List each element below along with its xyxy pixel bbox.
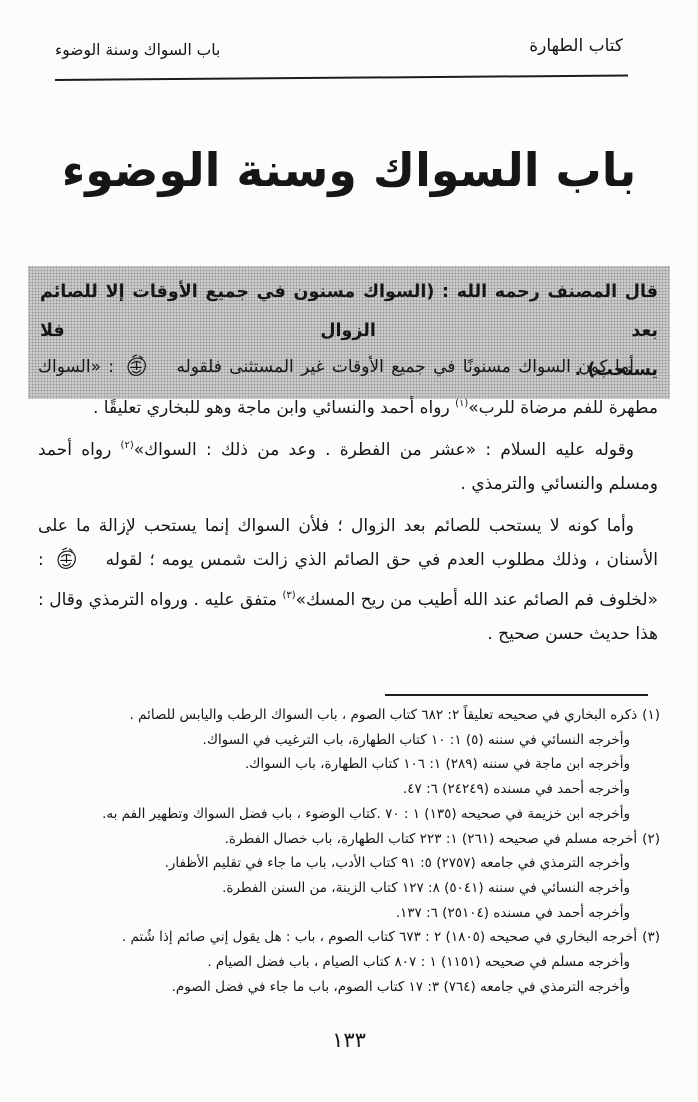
footnote-line: وأخرجه الترمذي في جامعه (٢٧٥٧) ٥: ٩١ كتا… <box>20 851 660 876</box>
footnote-text: ذكره البخاري في صحيحه تعليقاً ٢: ٦٨٢ كتا… <box>130 707 638 723</box>
footnote-text: وأخرجه مسلم في صحيحه (١١٥١) ١ : ٨٠٧ كتاب… <box>207 954 630 970</box>
footnote-text: أخرجه مسلم في صحيحه (٢٦١) ١: ٢٢٣ كتاب ال… <box>225 831 638 847</box>
footnote-line: (١)ذكره البخاري في صحيحه تعليقاً ٢: ٦٨٢ … <box>20 703 660 728</box>
header-chapter-title: باب السواك وسنة الوضوء <box>55 41 220 59</box>
pbuh-symbol-icon <box>124 354 173 392</box>
footnote-line: (٣)أخرجه البخاري في صحيحه (١٨٠٥) ٢ : ٦٧٣… <box>20 925 660 950</box>
paragraph-text: رواه أحمد والنسائي وابن ماجة وهو للبخاري… <box>93 398 455 418</box>
pbuh-symbol-icon <box>54 547 103 585</box>
footnote-line: وأخرجه ابن خزيمة في صحيحه (١٣٥) ١ : ٧٠ .… <box>20 802 660 827</box>
footnote-marker: (١) <box>642 707 660 723</box>
footnote-text: وأخرجه أحمد في مسنده (٢٤٢٤٩) ٦: ٤٧. <box>403 781 630 797</box>
footnote-line: وأخرجه ابن ماجة في سننه (٢٨٩) ١: ١٠٦ كتا… <box>20 752 660 777</box>
footnote-line: وأخرجه أحمد في مسنده (٢٤٢٤٩) ٦: ٤٧. <box>20 777 660 802</box>
footnote-ref: (٣) <box>282 590 295 601</box>
footnote-ref: (٢) <box>121 440 134 451</box>
header-book-title: كتاب الطهارة <box>529 36 623 56</box>
header-rule <box>55 74 628 81</box>
footnotes-divider <box>385 694 648 696</box>
footnote-line: وأخرجه النسائي في سننه (٥٠٤١) ٨: ١٢٧ كتا… <box>20 876 660 901</box>
footnote-line: وأخرجه أحمد في مسنده (٢٥١٠٤) ٦: ١٣٧. <box>20 901 660 926</box>
footnote-text: وأخرجه ابن ماجة في سننه (٢٨٩) ١: ١٠٦ كتا… <box>245 756 630 772</box>
paragraph: وأما كونه لا يستحب للصائم بعد الزوال ؛ ف… <box>38 510 658 651</box>
footnote-text: وأخرجه ابن خزيمة في صحيحه (١٣٥) ١ : ٧٠ .… <box>102 806 630 822</box>
footnote-text: وأخرجه النسائي في سننه (٥٠٤١) ٨: ١٢٧ كتا… <box>222 880 630 896</box>
footnote-line: وأخرجه النسائي في سننه (٥) ١: ١٠ كتاب ال… <box>20 728 660 753</box>
matn-line: قال المصنف رحمه الله : (السواك مسنون في … <box>40 273 658 351</box>
footnote-marker: (٢) <box>642 831 660 847</box>
paragraph: وقوله عليه السلام : «عشر من الفطرة . وعد… <box>38 434 658 501</box>
page-title: باب السواك وسنة الوضوء <box>0 124 698 216</box>
hadith-quote: وقوله عليه السلام : «عشر من الفطرة . وعد… <box>134 440 634 460</box>
footnote-text: وأخرجه الترمذي في جامعه (٧٦٤) ٣: ١٧ كتاب… <box>172 979 630 995</box>
footnote-ref: (١) <box>455 398 468 409</box>
book-page: كتاب الطهارة باب السواك وسنة الوضوء باب … <box>0 0 698 1102</box>
body-text: أما كون السواك مسنونًا في جميع الأوقات غ… <box>38 351 658 660</box>
footnote-text: أخرجه البخاري في صحيحه (١٨٠٥) ٢ : ٦٧٣ كت… <box>122 929 637 945</box>
footnote-text: وأخرجه أحمد في مسنده (٢٥١٠٤) ٦: ١٣٧. <box>396 905 630 921</box>
footnote-line: (٢)أخرجه مسلم في صحيحه (٢٦١) ١: ٢٢٣ كتاب… <box>20 827 660 852</box>
footnote-line: وأخرجه الترمذي في جامعه (٧٦٤) ٣: ١٧ كتاب… <box>20 975 660 1000</box>
paragraph-text: وأما كونه لا يستحب للصائم بعد الزوال ؛ ف… <box>38 516 658 570</box>
page-number: ١٣٣ <box>0 1028 698 1052</box>
paragraph: أما كون السواك مسنونًا في جميع الأوقات غ… <box>38 351 658 425</box>
paragraph-text: أما كون السواك مسنونًا في جميع الأوقات غ… <box>176 357 634 377</box>
footnote-marker: (٣) <box>642 929 660 945</box>
footnote-line: وأخرجه مسلم في صحيحه (١١٥١) ١ : ٨٠٧ كتاب… <box>20 950 660 975</box>
footnote-text: وأخرجه الترمذي في جامعه (٢٧٥٧) ٥: ٩١ كتا… <box>165 855 630 871</box>
footnotes-section: (١)ذكره البخاري في صحيحه تعليقاً ٢: ٦٨٢ … <box>20 703 660 999</box>
footnote-text: وأخرجه النسائي في سننه (٥) ١: ١٠ كتاب ال… <box>203 732 630 748</box>
